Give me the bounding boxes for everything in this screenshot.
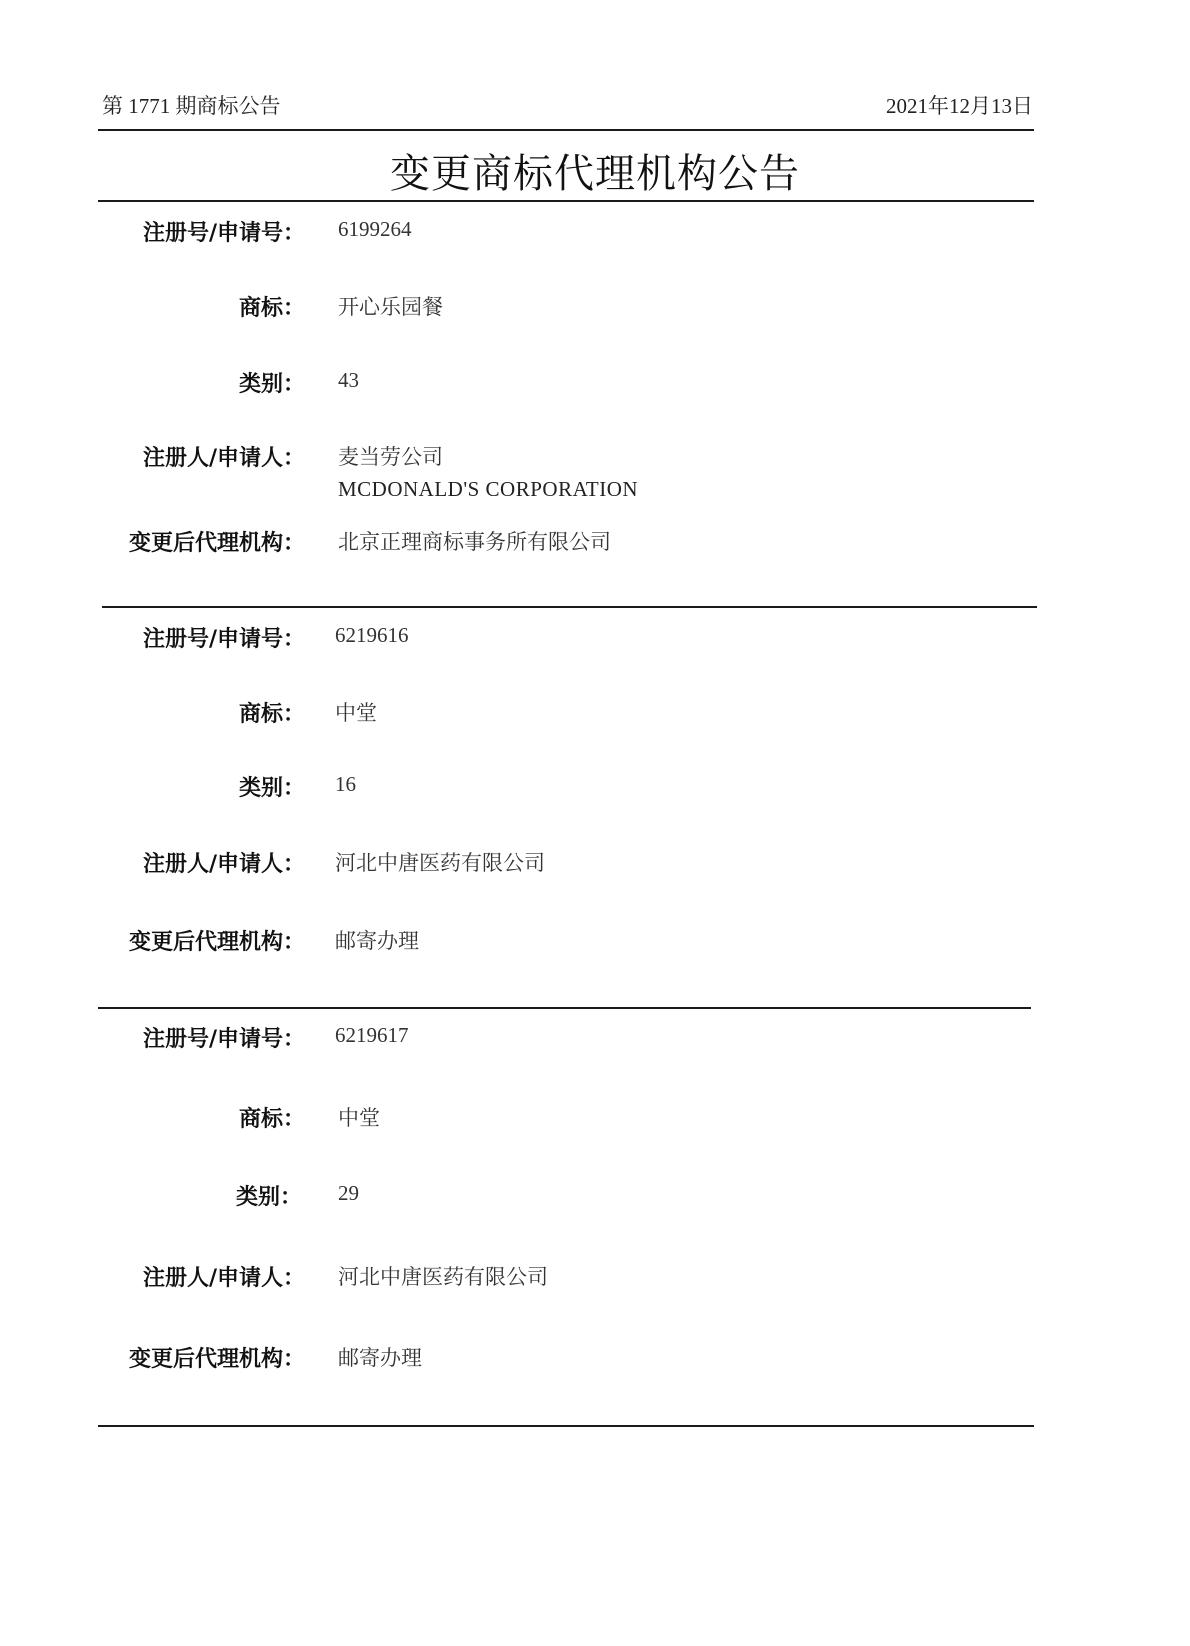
footer-divider [98, 1425, 1034, 1427]
new-agent-value: 北京正理商标事务所有限公司 [338, 526, 611, 556]
new-agent-label: 变更后代理机构： [129, 1342, 305, 1373]
new-agent-label: 变更后代理机构： [129, 526, 305, 557]
mark-value: 开心乐园餐 [338, 291, 443, 321]
record-divider [102, 606, 1037, 608]
mark-value: 中堂 [335, 697, 377, 727]
registrant-cn-value: 麦当劳公司 [338, 441, 443, 471]
issue-number: 第 1771 期商标公告 [102, 90, 281, 120]
mark-label: 商标： [239, 291, 305, 322]
registrant-cn-value: 河北中唐医药有限公司 [338, 1261, 548, 1291]
class-value: 29 [338, 1181, 359, 1206]
new-agent-value: 邮寄办理 [335, 925, 419, 955]
class-label: 类别： [236, 1180, 302, 1211]
record-divider [98, 1007, 1031, 1009]
registrant-en-value: MCDONALD'S CORPORATION [338, 477, 638, 502]
reg-no-label: 注册号/申请号： [143, 622, 305, 653]
reg-no-value: 6219617 [335, 1023, 409, 1048]
reg-no-label: 注册号/申请号： [143, 1022, 305, 1053]
registrant-label: 注册人/申请人： [143, 1261, 305, 1292]
reg-no-value: 6219616 [335, 623, 409, 648]
registrant-label: 注册人/申请人： [143, 441, 305, 472]
class-label: 类别： [239, 367, 305, 398]
page-title: 变更商标代理机构公告 [0, 142, 1190, 199]
registrant-cn-value: 河北中唐医药有限公司 [335, 847, 545, 877]
mark-value: 中堂 [338, 1102, 380, 1132]
publication-date: 2021年12月13日 [886, 90, 1033, 120]
reg-no-value: 6199264 [338, 217, 412, 242]
class-label: 类别： [239, 771, 305, 802]
registrant-label: 注册人/申请人： [143, 847, 305, 878]
mark-label: 商标： [239, 697, 305, 728]
mark-label: 商标： [239, 1102, 305, 1133]
title-divider [98, 200, 1034, 202]
class-value: 43 [338, 368, 359, 393]
reg-no-label: 注册号/申请号： [143, 216, 305, 247]
class-value: 16 [335, 772, 356, 797]
header-divider [98, 129, 1034, 131]
new-agent-value: 邮寄办理 [338, 1342, 422, 1372]
new-agent-label: 变更后代理机构： [129, 925, 305, 956]
